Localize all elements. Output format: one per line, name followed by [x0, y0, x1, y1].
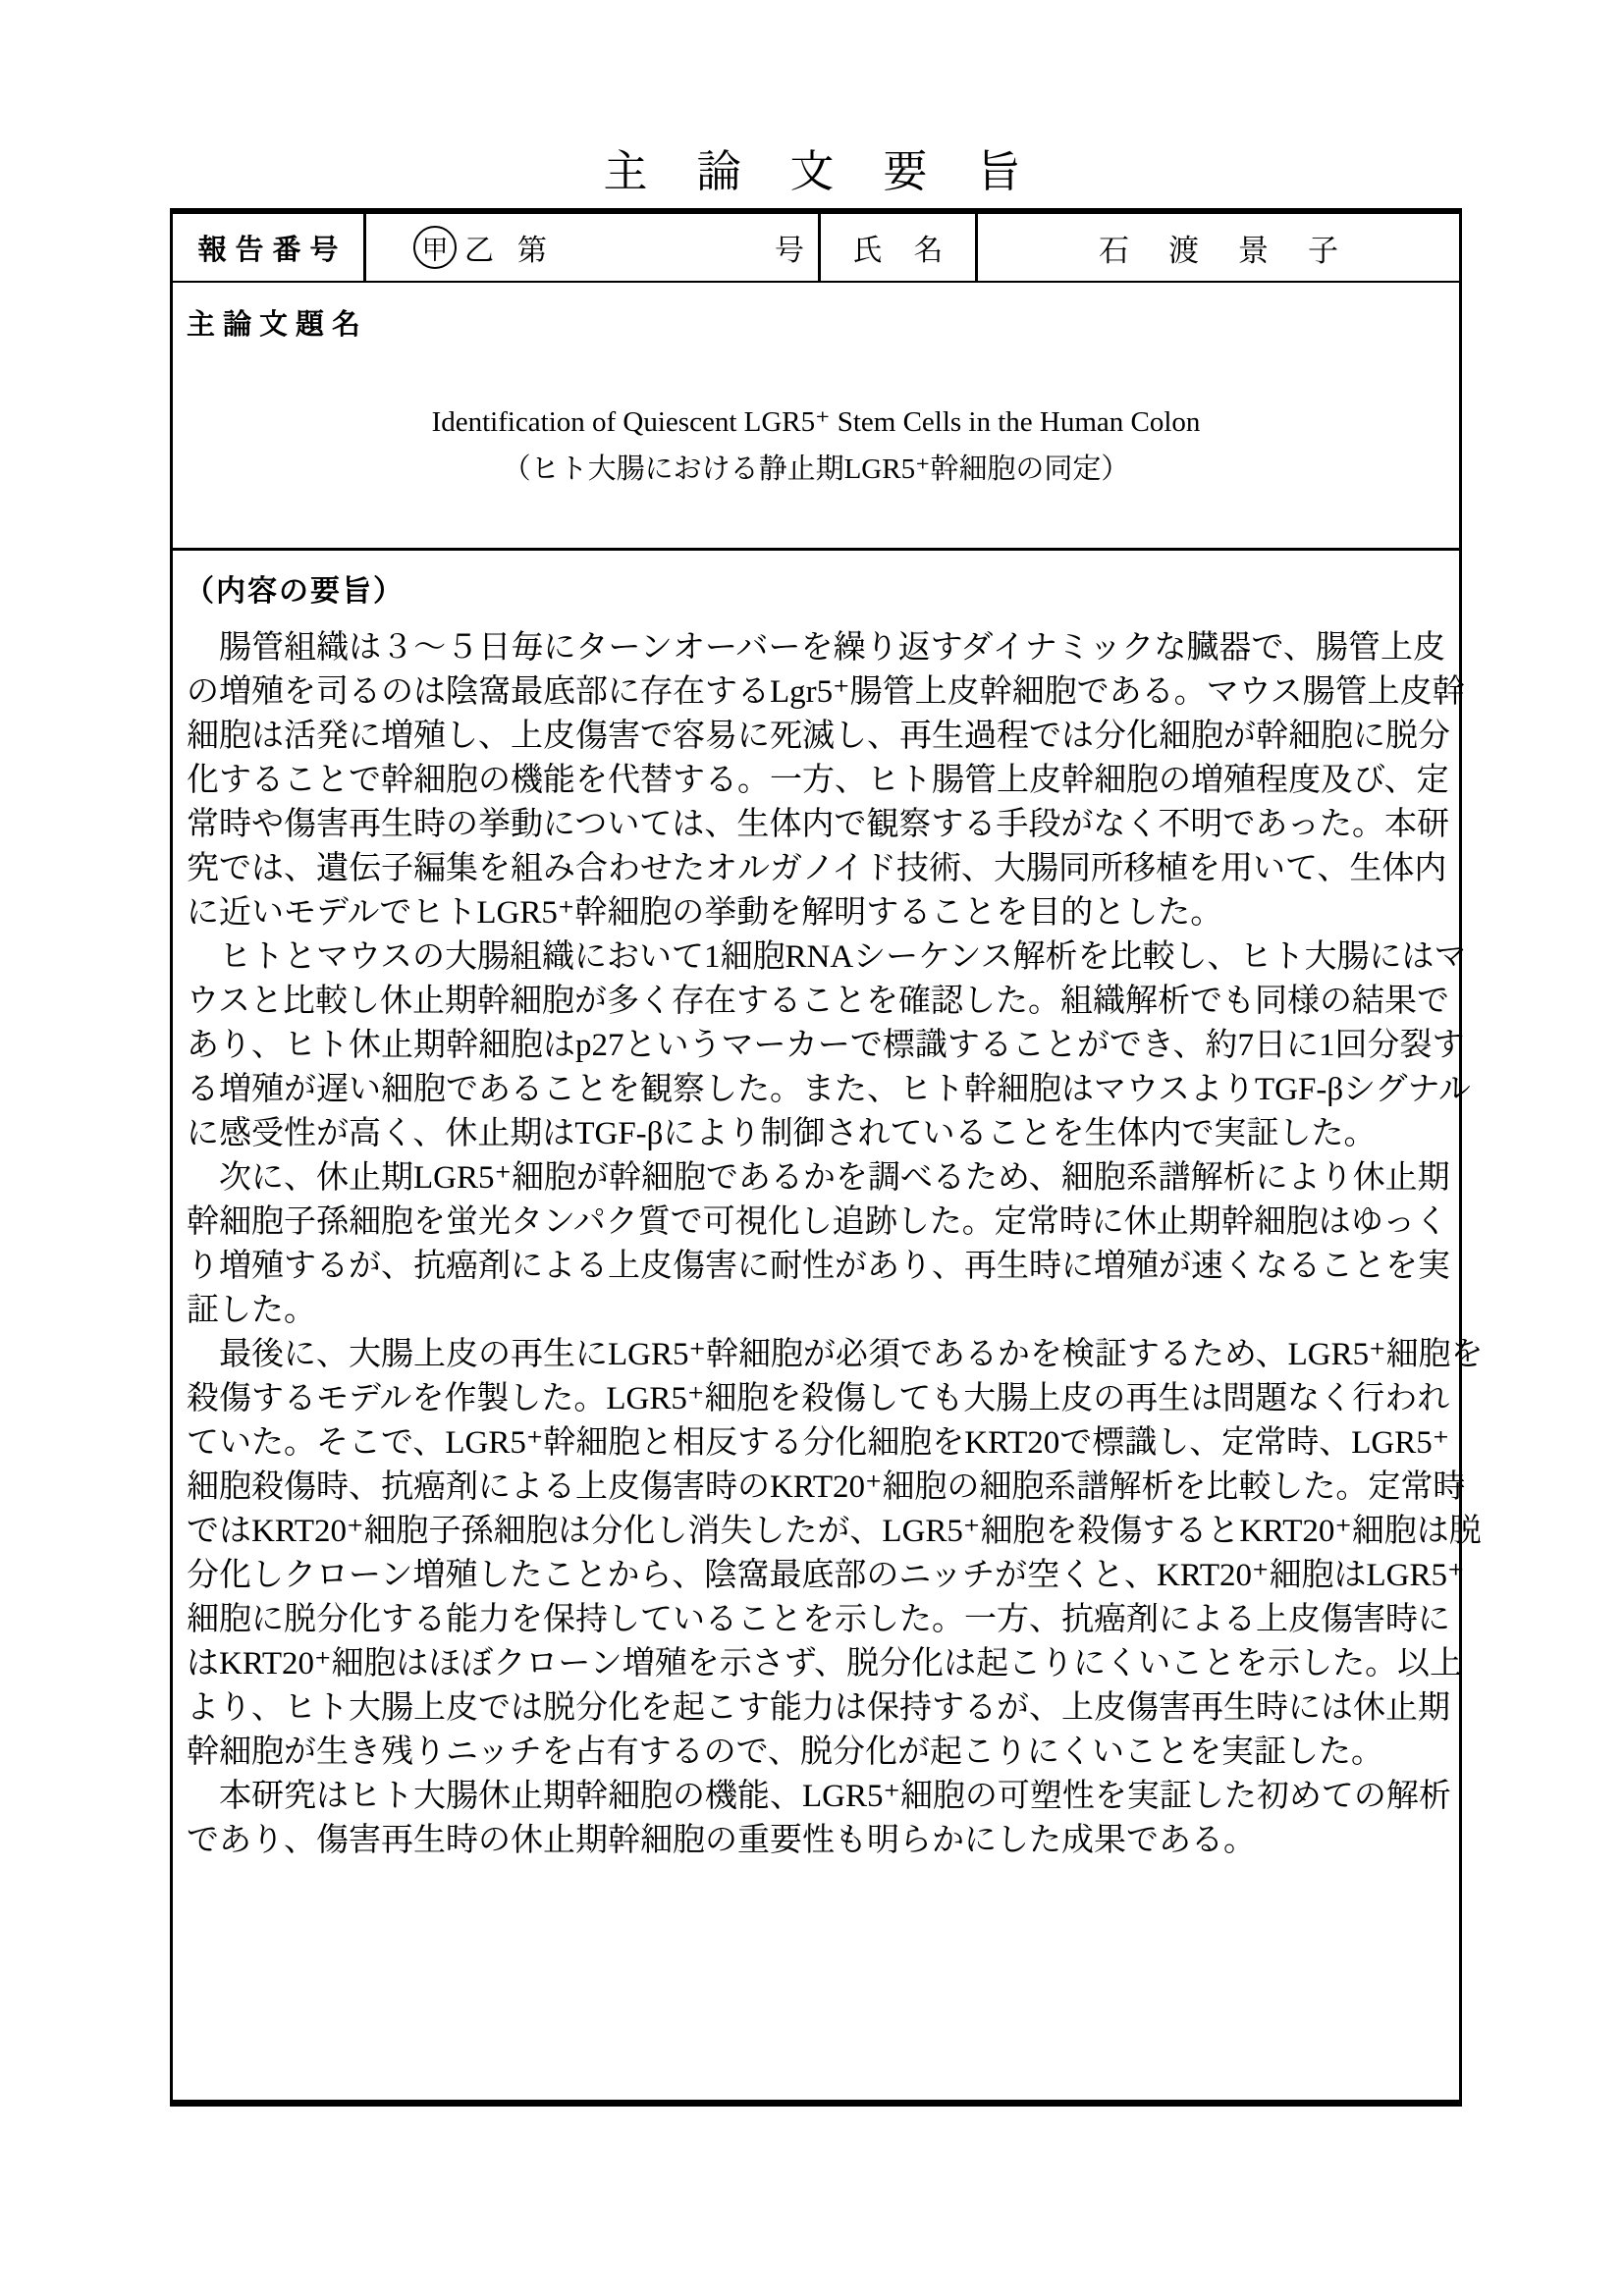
- abstract-line: に近いモデルでヒトLGR5⁺幹細胞の挙動を解明することを目的とした。: [187, 891, 1445, 935]
- thesis-title-section: 主論文題名 Identification of Quiescent LGR5⁺ …: [173, 283, 1459, 551]
- abstract-line: より、ヒト大腸上皮では脱分化を起こす能力は保持するが、上皮傷害再生時には休止期: [187, 1686, 1445, 1731]
- name-value: 石渡景子: [978, 214, 1459, 281]
- abstract-line: 次に、休止期LGR5⁺細胞が幹細胞であるかを調べるため、細胞系譜解析により休止期: [187, 1156, 1445, 1201]
- abstract-line: 分化しクローン増殖したことから、陰窩最底部のニッチが空くと、KRT20⁺細胞はL…: [187, 1554, 1445, 1598]
- abstract-line: 細胞殺傷時、抗癌剤による上皮傷害時のKRT20⁺細胞の細胞系譜解析を比較した。定…: [187, 1466, 1445, 1510]
- thesis-title-label: 主論文題名: [187, 302, 368, 343]
- abstract-line: 化することで幹細胞の機能を代替する。一方、ヒト腸管上皮幹細胞の増殖程度及び、定: [187, 759, 1445, 803]
- abstract-line: 究では、遺伝子編集を組み合わせたオルガノイド技術、大腸同所移植を用いて、生体内: [187, 847, 1445, 891]
- abstract-line: 証した。: [187, 1289, 1445, 1333]
- abstract-line: に感受性が高く、休止期はTGF-βにより制御されていることを生体内で実証した。: [187, 1112, 1445, 1156]
- kou-circled-mark: 甲: [413, 226, 457, 269]
- abstract-line: ウスと比較し休止期幹細胞が多く存在することを確認した。組織解析でも同様の結果で: [187, 980, 1445, 1024]
- abstract-line: ていた。そこで、LGR5⁺幹細胞と相反する分化細胞をKRT20で標識し、定常時、…: [187, 1421, 1445, 1466]
- abstract-line: 最後に、大腸上皮の再生にLGR5⁺幹細胞が必須であるかを検証するため、LGR5⁺…: [187, 1333, 1445, 1377]
- abstract-line: 腸管組織は３～５日毎にターンオーバーを繰り返すダイナミックな臓器で、腸管上皮: [187, 626, 1445, 670]
- abstract-line: 本研究はヒト大腸休止期幹細胞の機能、LGR5⁺細胞の可塑性を実証した初めての解析: [187, 1775, 1445, 1819]
- abstract-line: 殺傷するモデルを作製した。LGR5⁺細胞を殺傷しても大腸上皮の再生は問題なく行わ…: [187, 1377, 1445, 1421]
- abstract-line: 細胞は活発に増殖し、上皮傷害で容易に死滅し、再生過程では分化細胞が幹細胞に脱分: [187, 715, 1445, 759]
- abstract-label: （内容の要旨）: [185, 566, 405, 610]
- report-number-label: 報告番号: [173, 214, 366, 281]
- otsu-mark: 乙: [464, 226, 494, 269]
- main-box: 報告番号 甲 乙 第 号 氏名 石渡景子 主論文題名 Identificatio…: [170, 208, 1462, 2107]
- abstract-line: 細胞に脱分化する能力を保持していることを示した。一方、抗癌剤による上皮傷害時に: [187, 1598, 1445, 1642]
- page-title: 主論文要旨: [0, 135, 1624, 199]
- abstract-line: ではKRT20⁺細胞子孫細胞は分化し消失したが、LGR5⁺細胞を殺傷するとKRT…: [187, 1510, 1445, 1554]
- report-number-cell: 甲 乙 第 号: [366, 214, 821, 281]
- abstract-line: り増殖するが、抗癌剤による上皮傷害に耐性があり、再生時に増殖が速くなることを実: [187, 1245, 1445, 1289]
- gou-suffix: 号: [775, 226, 804, 269]
- abstract-line: る増殖が遅い細胞であることを観察した。また、ヒト幹細胞はマウスよりTGF-βシグ…: [187, 1068, 1445, 1112]
- thesis-title-japanese: （ヒト大腸における静止期LGR5⁺幹細胞の同定）: [173, 447, 1459, 487]
- abstract-line: 常時や傷害再生時の挙動については、生体内で観察する手段がなく不明であった。本研: [187, 803, 1445, 847]
- dai-prefix: 第: [517, 226, 547, 269]
- abstract-line: 幹細胞子孫細胞を蛍光タンパク質で可視化し追跡した。定常時に休止期幹細胞はゆっく: [187, 1201, 1445, 1245]
- thesis-abstract-page: 主論文要旨 報告番号 甲 乙 第 号 氏名 石渡景子 主論文題名 Identif…: [0, 0, 1624, 2296]
- abstract-line: あり、ヒト休止期幹細胞はp27というマーカーで標識することができ、約7日に1回分…: [187, 1024, 1445, 1068]
- abstract-section: （内容の要旨） 腸管組織は３～５日毎にターンオーバーを繰り返すダイナミックな臓器…: [173, 551, 1459, 2100]
- thesis-title-english: Identification of Quiescent LGR5⁺ Stem C…: [173, 404, 1459, 439]
- name-label: 氏名: [821, 214, 978, 281]
- report-header-row: 報告番号 甲 乙 第 号 氏名 石渡景子: [173, 214, 1459, 283]
- abstract-line: 幹細胞が生き残りニッチを占有するので、脱分化が起こりにくいことを実証した。: [187, 1731, 1445, 1775]
- abstract-body: 腸管組織は３～５日毎にターンオーバーを繰り返すダイナミックな臓器で、腸管上皮の増…: [187, 626, 1445, 1863]
- abstract-line: の増殖を司るのは陰窩最底部に存在するLgr5⁺腸管上皮幹細胞である。マウス腸管上…: [187, 670, 1445, 715]
- abstract-line: ヒトとマウスの大腸組織において1細胞RNAシーケンス解析を比較し、ヒト大腸にはマ: [187, 935, 1445, 980]
- abstract-line: はKRT20⁺細胞はほぼクローン増殖を示さず、脱分化は起こりにくいことを示した。…: [187, 1642, 1445, 1686]
- abstract-line: であり、傷害再生時の休止期幹細胞の重要性も明らかにした成果である。: [187, 1819, 1445, 1863]
